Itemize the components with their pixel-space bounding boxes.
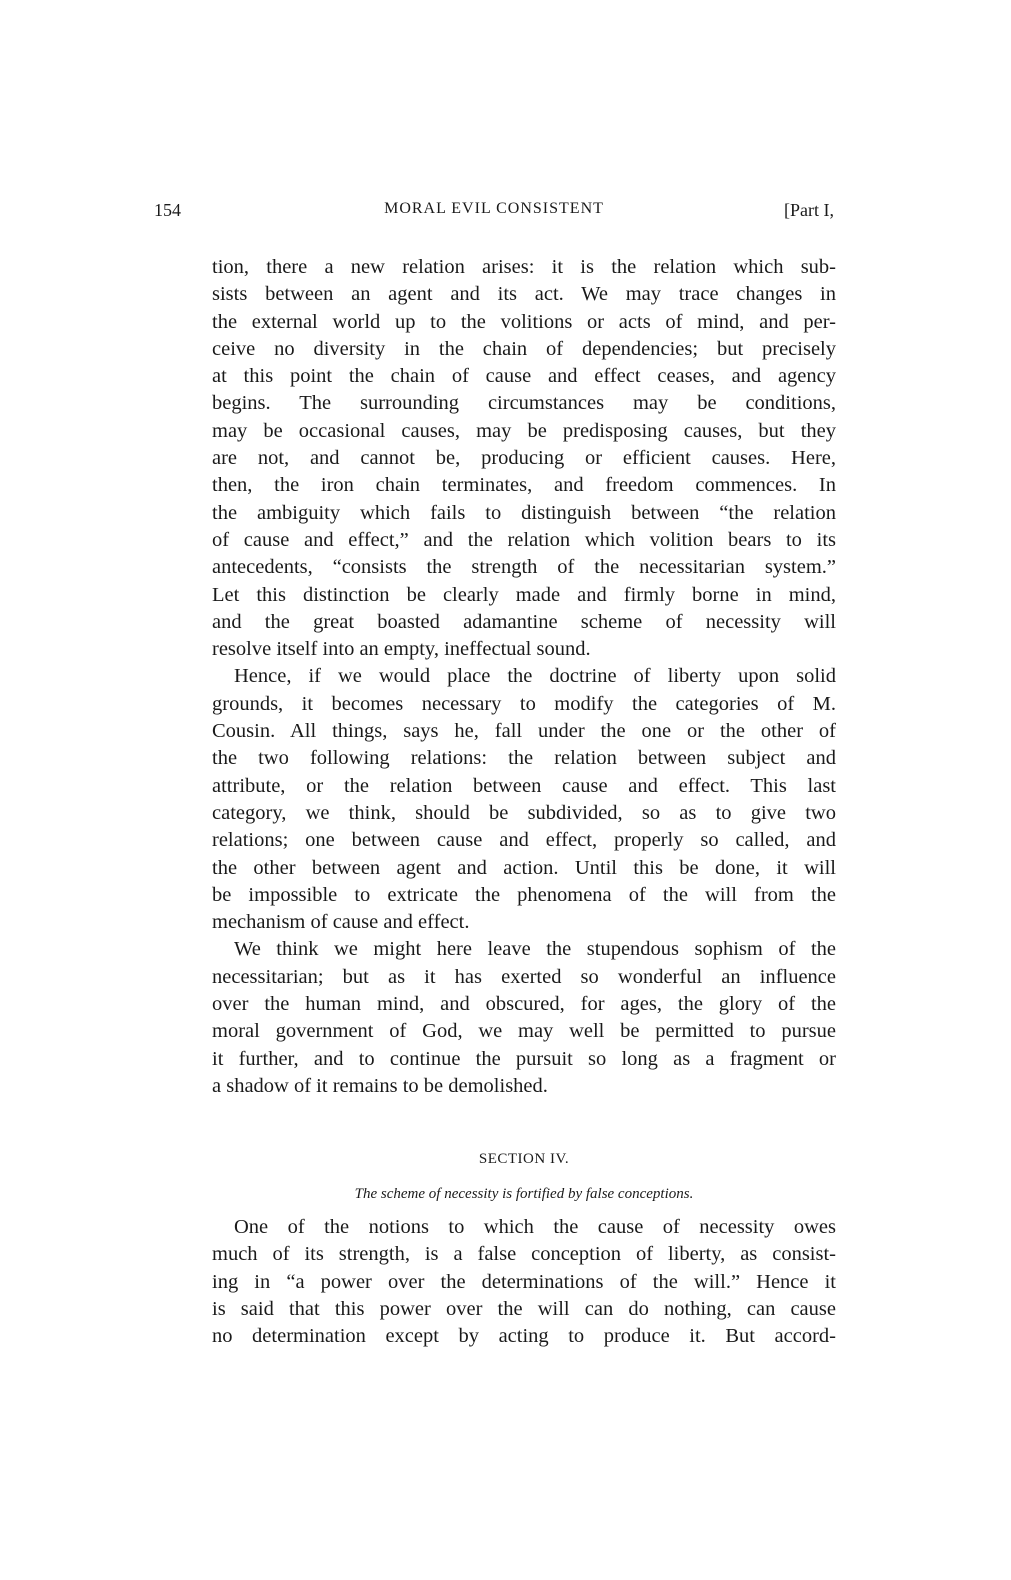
text-line: the other between agent and action. Unti… bbox=[212, 855, 836, 882]
text-line: is said that this power over the will ca… bbox=[212, 1296, 836, 1323]
text-line: the two following relations: the relatio… bbox=[212, 745, 836, 772]
text-line: necessitarian; but as it has exerted so … bbox=[212, 964, 836, 991]
text-line: One of the notions to which the cause of… bbox=[212, 1214, 836, 1241]
text-line: may be occasional causes, may be predisp… bbox=[212, 418, 836, 445]
text-line: Let this distinction be clearly made and… bbox=[212, 582, 836, 609]
text-line: antecedents, “consists the strength of t… bbox=[212, 554, 836, 581]
text-line: sists between an agent and its act. We m… bbox=[212, 281, 836, 308]
text-line: the ambiguity which fails to distinguish… bbox=[212, 500, 836, 527]
text-line: then, the iron chain terminates, and fre… bbox=[212, 472, 836, 499]
text-line: begins. The surrounding circumstances ma… bbox=[212, 390, 836, 417]
section-heading: SECTION IV. bbox=[212, 1151, 836, 1168]
text-line: it further, and to continue the pursuit … bbox=[212, 1046, 836, 1073]
text-line: are not, and cannot be, producing or eff… bbox=[212, 445, 836, 472]
text-line: much of its strength, is a false concept… bbox=[212, 1241, 836, 1268]
text-line: We think we might here leave the stupend… bbox=[212, 936, 836, 963]
running-title: MORAL EVIL CONSISTENT bbox=[154, 200, 834, 218]
text-line: attribute, or the relation between cause… bbox=[212, 773, 836, 800]
text-line: at this point the chain of cause and eff… bbox=[212, 363, 836, 390]
text-line: resolve itself into an empty, ineffectua… bbox=[212, 636, 836, 663]
text-line: be impossible to extricate the phenomena… bbox=[212, 882, 836, 909]
text-line: mechanism of cause and effect. bbox=[212, 909, 836, 936]
text-line: Hence, if we would place the doctrine of… bbox=[212, 663, 836, 690]
text-line: a shadow of it remains to be demolished. bbox=[212, 1073, 836, 1100]
running-head: 154 MORAL EVIL CONSISTENT [Part I, bbox=[154, 200, 834, 224]
text-line: over the human mind, and obscured, for a… bbox=[212, 991, 836, 1018]
text-line: ceive no diversity in the chain of depen… bbox=[212, 336, 836, 363]
part-label: [Part I, bbox=[784, 200, 834, 221]
text-line: tion, there a new relation arises: it is… bbox=[212, 254, 836, 281]
text-line: relations; one between cause and effect,… bbox=[212, 827, 836, 854]
text-line: no determination except by acting to pro… bbox=[212, 1323, 836, 1350]
text-line: grounds, it becomes necessary to modify … bbox=[212, 691, 836, 718]
section-subtitle: The scheme of necessity is fortified by … bbox=[212, 1186, 836, 1203]
paragraph-1: tion, there a new relation arises: it is… bbox=[212, 254, 836, 1100]
text-line: category, we think, should be subdivided… bbox=[212, 800, 836, 827]
text-line: and the great boasted adamantine scheme … bbox=[212, 609, 836, 636]
book-page: 154 MORAL EVIL CONSISTENT [Part I, tion,… bbox=[0, 0, 1011, 1580]
section-paragraph-1: One of the notions to which the cause of… bbox=[212, 1214, 836, 1350]
text-line: of cause and effect,” and the relation w… bbox=[212, 527, 836, 554]
text-line: moral government of God, we may well be … bbox=[212, 1018, 836, 1045]
text-line: Cousin. All things, says he, fall under … bbox=[212, 718, 836, 745]
text-line: ing in “a power over the determinations … bbox=[212, 1269, 836, 1296]
text-line: the external world up to the volitions o… bbox=[212, 309, 836, 336]
